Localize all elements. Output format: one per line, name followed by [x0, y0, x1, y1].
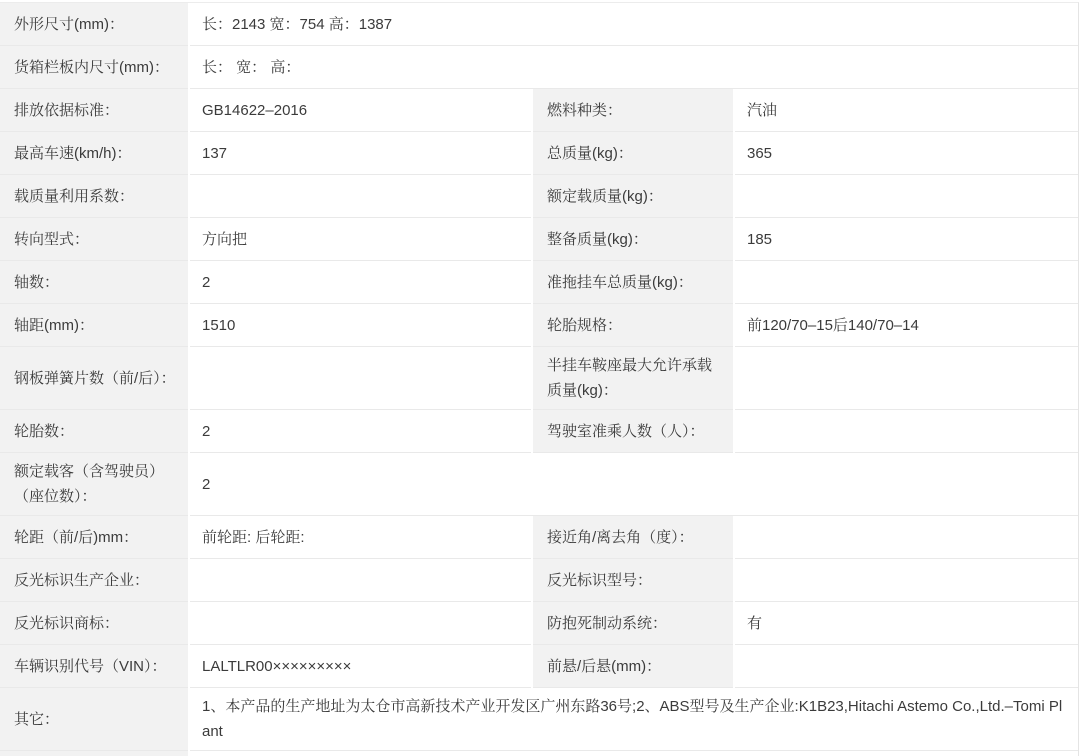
spec-value: 前轮距: 后轮距:	[190, 516, 531, 559]
spec-value	[735, 645, 1078, 688]
spec-value: 长： 宽： 高：	[190, 46, 1078, 89]
spec-row-reflective-maker-model: 反光标识生产企业： 反光标识型号：	[0, 559, 1078, 602]
spec-value	[735, 347, 1078, 410]
spec-value: 1510	[190, 304, 531, 347]
spec-value: 汽油	[735, 89, 1078, 132]
spec-label: 半挂车鞍座最大允许承载质量(kg)：	[533, 347, 733, 410]
spec-row-loadfactor-ratedload: 载质量利用系数： 额定载质量(kg)：	[0, 175, 1078, 218]
spec-row-springs-saddleload: 钢板弹簧片数（前/后）： 半挂车鞍座最大允许承载质量(kg)：	[0, 347, 1078, 410]
spec-label: 反光标识型号：	[533, 559, 733, 602]
spec-label: 反光标识商标：	[0, 602, 188, 645]
spec-row-cutoff	[0, 751, 1078, 756]
spec-label: 额定载质量(kg)：	[533, 175, 733, 218]
spec-label: 反光标识生产企业：	[0, 559, 188, 602]
spec-label: 最高车速(km/h)：	[0, 132, 188, 175]
spec-label: 货箱栏板内尺寸(mm)：	[0, 46, 188, 89]
spec-value: 365	[735, 132, 1078, 175]
spec-value: 长：2143 宽：754 高：1387	[190, 3, 1078, 46]
spec-value: 有	[735, 602, 1078, 645]
spec-label: 驾驶室准乘人数（人）：	[533, 410, 733, 453]
spec-value: 185	[735, 218, 1078, 261]
spec-value	[735, 410, 1078, 453]
spec-label: 车辆识别代号（VIN）：	[0, 645, 188, 688]
spec-value	[190, 751, 1078, 756]
spec-value	[190, 559, 531, 602]
spec-row-axles-trailermass: 轴数： 2 准拖挂车总质量(kg)：	[0, 261, 1078, 304]
spec-row-exterior-dimensions: 外形尺寸(mm)： 长：2143 宽：754 高：1387	[0, 3, 1078, 46]
spec-row-reflective-brand-abs: 反光标识商标： 防抱死制动系统： 有	[0, 602, 1078, 645]
spec-label: 转向型式：	[0, 218, 188, 261]
spec-row-maxspeed-totalmass: 最高车速(km/h)： 137 总质量(kg)： 365	[0, 132, 1078, 175]
spec-value: 2	[190, 453, 1078, 516]
spec-value	[735, 516, 1078, 559]
spec-label: 燃料种类：	[533, 89, 733, 132]
spec-label: 钢板弹簧片数（前/后）：	[0, 347, 188, 410]
spec-value	[735, 559, 1078, 602]
spec-value	[735, 175, 1078, 218]
spec-value: 2	[190, 261, 531, 304]
spec-label: 轮距（前/后)mm：	[0, 516, 188, 559]
spec-label: 轴数：	[0, 261, 188, 304]
spec-label: 整备质量(kg)：	[533, 218, 733, 261]
spec-row-steering-curbmass: 转向型式： 方向把 整备质量(kg)： 185	[0, 218, 1078, 261]
spec-label: 准拖挂车总质量(kg)：	[533, 261, 733, 304]
spec-label: 轮胎数：	[0, 410, 188, 453]
spec-label: 载质量利用系数：	[0, 175, 188, 218]
vehicle-spec-table: 外形尺寸(mm)： 长：2143 宽：754 高：1387 货箱栏板内尺寸(mm…	[0, 2, 1079, 756]
spec-value: 2	[190, 410, 531, 453]
spec-label: 外形尺寸(mm)：	[0, 3, 188, 46]
spec-value: LALTLR00×××××××××	[190, 645, 531, 688]
spec-value: 方向把	[190, 218, 531, 261]
spec-row-emission-fuel: 排放依据标准： GB14622–2016 燃料种类： 汽油	[0, 89, 1078, 132]
spec-label: 额定载客（含驾驶员）（座位数）：	[0, 453, 188, 516]
spec-value	[190, 175, 531, 218]
spec-label: 总质量(kg)：	[533, 132, 733, 175]
spec-row-cargo-box-dimensions: 货箱栏板内尺寸(mm)： 长： 宽： 高：	[0, 46, 1078, 89]
spec-label: 轴距(mm)：	[0, 304, 188, 347]
spec-value: 1、本产品的生产地址为太仓市高新技术产业开发区广州东路36号;2、ABS型号及生…	[190, 688, 1078, 751]
spec-row-track-angles: 轮距（前/后)mm： 前轮距: 后轮距: 接近角/离去角（度）：	[0, 516, 1078, 559]
spec-label: 前悬/后悬(mm)：	[533, 645, 733, 688]
spec-value	[190, 602, 531, 645]
spec-value	[735, 261, 1078, 304]
spec-value	[190, 347, 531, 410]
spec-label: 排放依据标准：	[0, 89, 188, 132]
spec-value: 前120/70–15后140/70–14	[735, 304, 1078, 347]
spec-label: 防抱死制动系统：	[533, 602, 733, 645]
spec-row-rated-passengers: 额定载客（含驾驶员）（座位数）： 2	[0, 453, 1078, 516]
spec-row-other: 其它： 1、本产品的生产地址为太仓市高新技术产业开发区广州东路36号;2、ABS…	[0, 688, 1078, 751]
spec-row-wheelbase-tirespec: 轴距(mm)： 1510 轮胎规格： 前120/70–15后140/70–14	[0, 304, 1078, 347]
spec-value: GB14622–2016	[190, 89, 531, 132]
spec-label	[0, 751, 188, 756]
spec-row-vin-overhang: 车辆识别代号（VIN）： LALTLR00××××××××× 前悬/后悬(mm)…	[0, 645, 1078, 688]
spec-label: 接近角/离去角（度）：	[533, 516, 733, 559]
spec-row-tirecount-cabseats: 轮胎数： 2 驾驶室准乘人数（人）：	[0, 410, 1078, 453]
spec-label: 轮胎规格：	[533, 304, 733, 347]
spec-label: 其它：	[0, 688, 188, 751]
spec-value: 137	[190, 132, 531, 175]
